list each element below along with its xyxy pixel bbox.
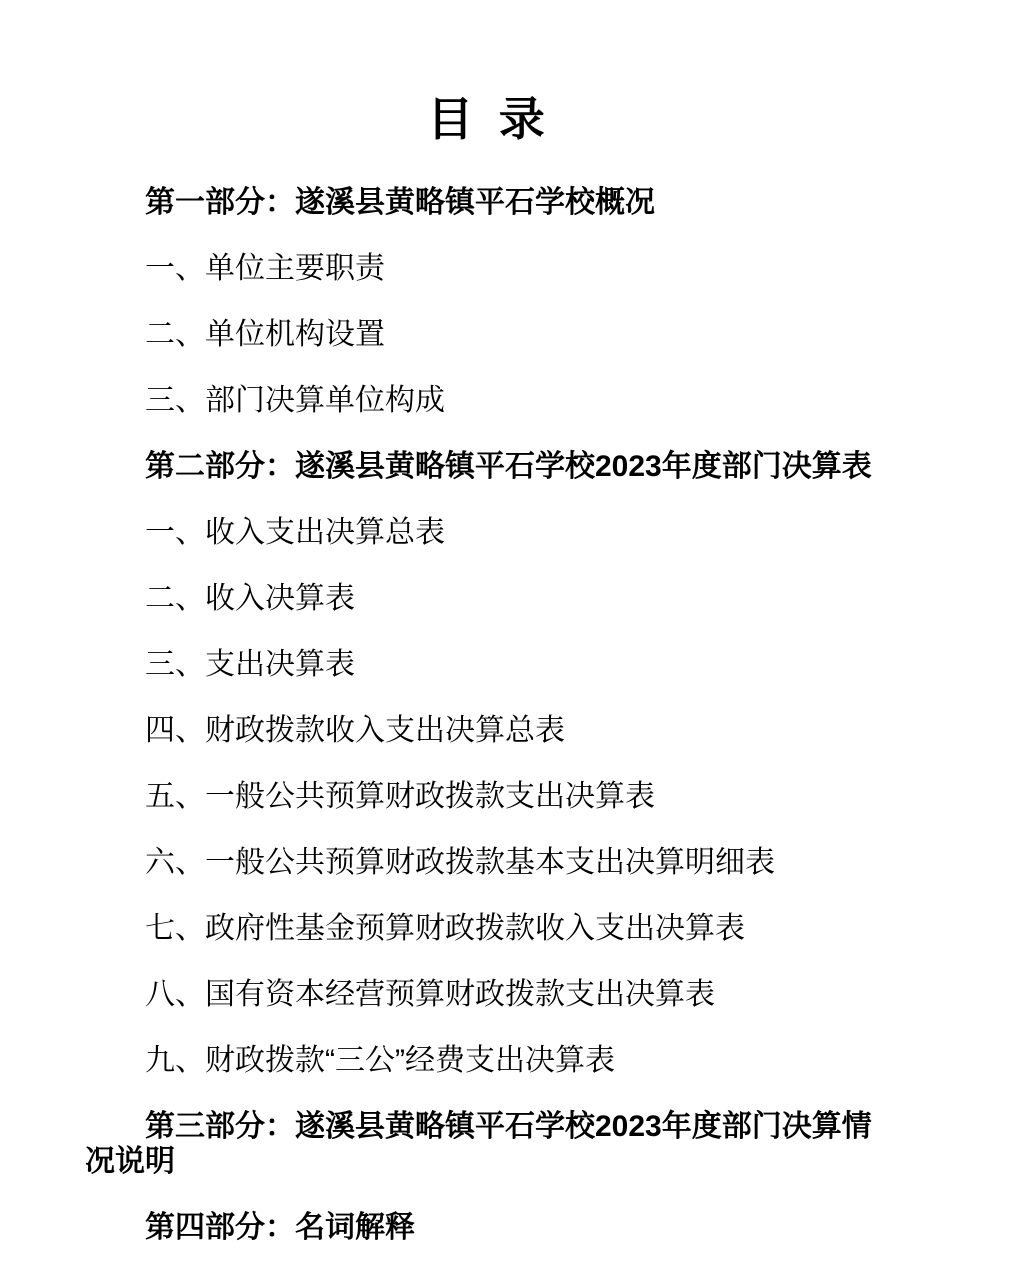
toc-item: 八、国有资本经营预算财政拨款支出决算表 [85,977,887,1012]
toc-item: 三、部门决算单位构成 [85,383,887,418]
toc-part-heading-4: 第四部分：名词解释 [85,1210,887,1245]
toc-item: 二、收入决算表 [85,581,887,616]
page-title: 目 录 [85,93,887,145]
toc-part-heading-3: 第三部分：遂溪县黄略镇平石学校2023年度部门决算情况说明 [85,1109,887,1179]
toc-entries: 第一部分：遂溪县黄略镇平石学校概况 一、单位主要职责 二、单位机构设置 三、部门… [85,185,887,1245]
document-page: { "page": { "background": "#ffffff", "te… [0,0,1013,1277]
toc-item: 七、政府性基金预算财政拨款收入支出决算表 [85,911,887,946]
toc-item: 三、支出决算表 [85,647,887,682]
toc-item: 一、单位主要职责 [85,251,887,286]
toc-item: 九、财政拨款“三公”经费支出决算表 [85,1043,887,1078]
toc-item: 二、单位机构设置 [85,317,887,352]
toc-item: 六、一般公共预算财政拨款基本支出决算明细表 [85,845,887,880]
toc-page: 目 录 第一部分：遂溪县黄略镇平石学校概况 一、单位主要职责 二、单位机构设置 … [0,0,1013,1277]
toc-item: 五、一般公共预算财政拨款支出决算表 [85,779,887,814]
toc-item: 一、收入支出决算总表 [85,515,887,550]
toc-part-heading-1: 第一部分：遂溪县黄略镇平石学校概况 [85,185,887,220]
toc-item: 四、财政拨款收入支出决算总表 [85,713,887,748]
toc-part-heading-2: 第二部分：遂溪县黄略镇平石学校2023年度部门决算表 [85,449,887,484]
